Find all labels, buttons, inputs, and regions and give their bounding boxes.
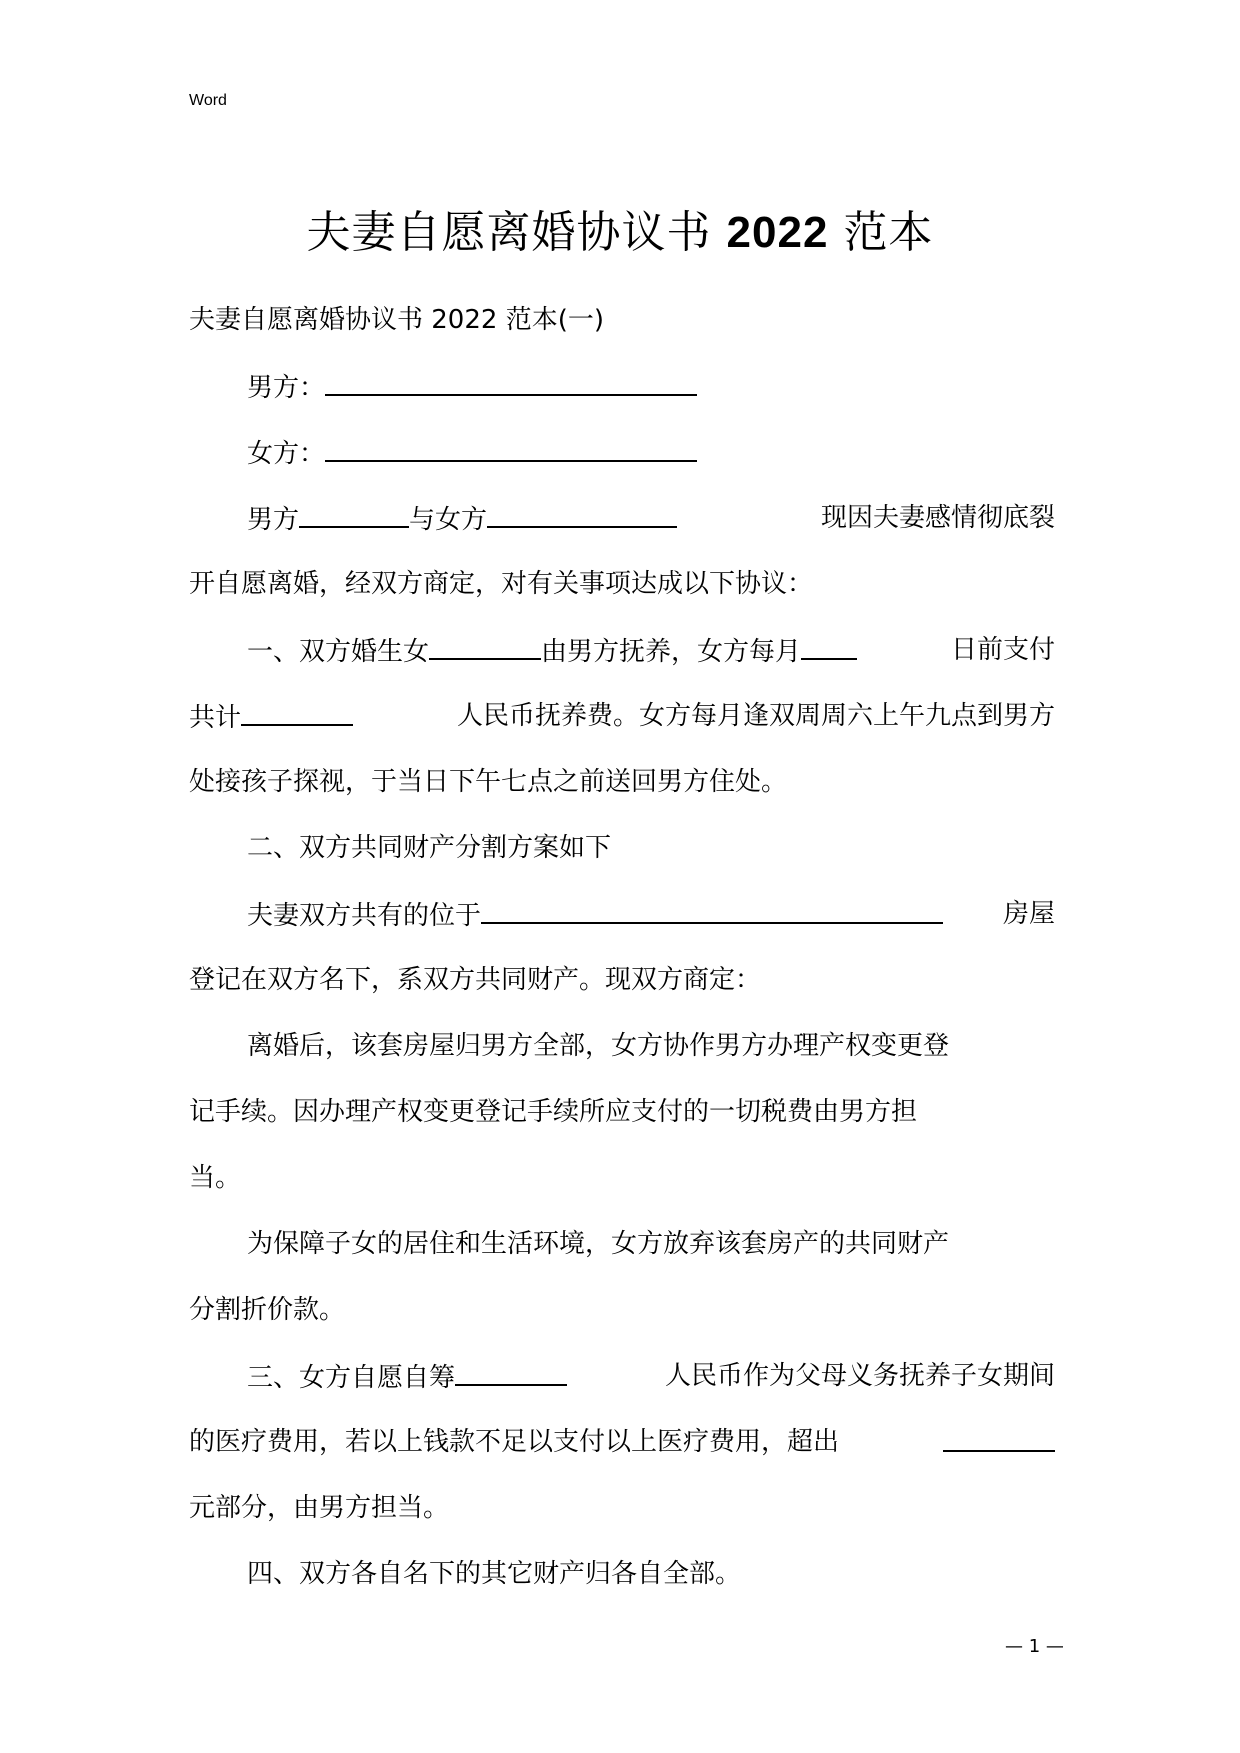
section-1-line-2: 共计 人民币抚养费。女方每月逢双周周六上午九点到男方 xyxy=(189,696,1055,762)
section-text: 夫妻双方共有的位于 xyxy=(247,901,481,931)
section-text: 一、双方婚生女 xyxy=(247,637,429,667)
section-4: 四、双方各自名下的其它财产归各自全部。 xyxy=(189,1554,1055,1620)
document-title: 夫妻自愿离婚协议书 2022 范本 xyxy=(0,196,1240,260)
title-suffix: 范本 xyxy=(843,207,933,258)
intro-text: 与女方 xyxy=(409,505,487,535)
intro-line-1: 男方与女方 现因夫妻感情彻底裂 xyxy=(189,498,1055,564)
section-1-line-3: 处接孩子探视，于当日下午七点之前送回男方住处。 xyxy=(189,762,1055,828)
support-amount-blank[interactable] xyxy=(241,696,353,726)
intro-female-blank[interactable] xyxy=(487,498,677,528)
section-2-para-c-1: 离婚后，该套房屋归男方全部，女方协作男方办理产权变更登 xyxy=(189,1026,1055,1092)
subtitle: 夫妻自愿离婚协议书 2022 范本(一) xyxy=(189,300,1055,366)
section-text: 由男方抚养，女方每月 xyxy=(541,637,801,667)
document-header: Word xyxy=(189,92,227,110)
section-3-line-2: 的医疗费用，若以上钱款不足以支付以上医疗费用，超出 xyxy=(189,1422,1055,1488)
section-1-line-1: 一、双方婚生女由男方抚养，女方每月 日前支付 xyxy=(189,630,1055,696)
section-2-para-c-3: 当。 xyxy=(189,1158,1055,1224)
medical-fund-blank[interactable] xyxy=(455,1356,567,1386)
section-2-line-2: 登记在双方名下，系双方共同财产。现双方商定： xyxy=(189,960,1055,1026)
section-text: 共计 xyxy=(189,703,241,733)
intro-text: 现因夫妻感情彻底裂 xyxy=(821,498,1055,564)
property-address-blank[interactable] xyxy=(481,894,943,924)
section-2-para-d-2: 分割折价款。 xyxy=(189,1290,1055,1356)
section-text: 房屋 xyxy=(1003,894,1055,960)
page-number: — 1 — xyxy=(1005,1636,1064,1657)
pay-day-blank[interactable] xyxy=(801,630,857,660)
section-text: 三、女方自愿自筹 xyxy=(247,1363,455,1393)
section-text: 的医疗费用，若以上钱款不足以支付以上医疗费用，超出 xyxy=(189,1422,839,1488)
section-2-para-d-1: 为保障子女的居住和生活环境，女方放弃该套房产的共同财产 xyxy=(189,1224,1055,1290)
section-text: 人民币作为父母义务抚养子女期间 xyxy=(665,1356,1055,1422)
male-field-row: 男方： xyxy=(189,366,1055,432)
section-2-title: 二、双方共同财产分割方案如下 xyxy=(189,828,1055,894)
document-body: 夫妻自愿离婚协议书 2022 范本(一) 男方： 女方： 男方与女方 现因夫妻感… xyxy=(189,300,1055,1620)
female-label: 女方： xyxy=(247,439,325,469)
section-2-para-c-2: 记手续。因办理产权变更登记手续所应支付的一切税费由男方担 xyxy=(189,1092,1055,1158)
section-text: 人民币抚养费。女方每月逢双周周六上午九点到男方 xyxy=(457,696,1055,762)
daughter-name-blank[interactable] xyxy=(429,630,541,660)
male-name-blank[interactable] xyxy=(325,366,697,396)
intro-line-2: 开自愿离婚，经双方商定，对有关事项达成以下协议： xyxy=(189,564,1055,630)
section-3-line-1: 三、女方自愿自筹 人民币作为父母义务抚养子女期间 xyxy=(189,1356,1055,1422)
female-name-blank[interactable] xyxy=(325,432,697,462)
title-year: 2022 xyxy=(727,208,829,257)
excess-amount-blank[interactable] xyxy=(943,1422,1055,1452)
title-prefix: 夫妻自愿离婚协议书 xyxy=(307,207,712,258)
intro-text: 男方 xyxy=(247,505,299,535)
intro-male-blank[interactable] xyxy=(299,498,409,528)
female-field-row: 女方： xyxy=(189,432,1055,498)
section-text: 日前支付 xyxy=(951,630,1055,696)
section-2-line-1: 夫妻双方共有的位于 房屋 xyxy=(189,894,1055,960)
section-3-line-3: 元部分，由男方担当。 xyxy=(189,1488,1055,1554)
male-label: 男方： xyxy=(247,373,325,403)
